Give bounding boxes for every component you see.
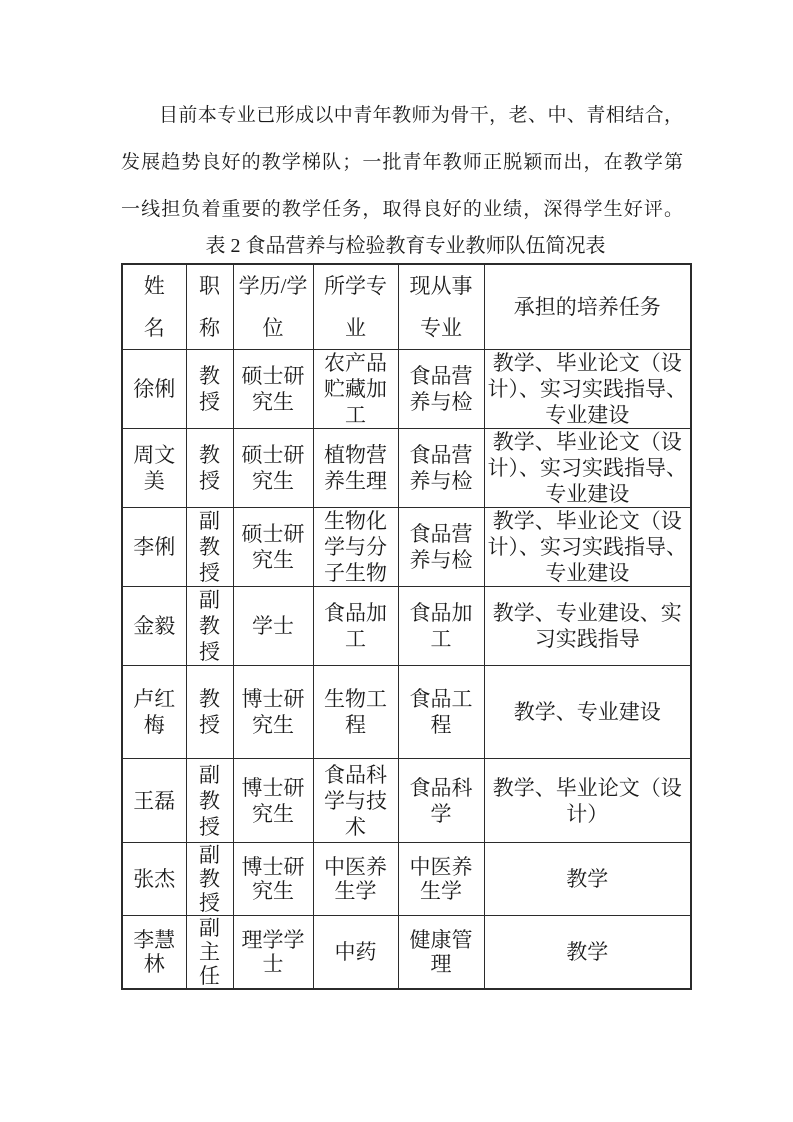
cell-major: 生物工程 [313,666,398,759]
cell-degree: 硕士研究生 [233,350,313,429]
cell-major: 生物化学与分子生物 [313,508,398,587]
table-row: 王磊 副教授 博士研究生 食品科学与技术 食品科学 教学、毕业论文（设计） [122,759,691,843]
cell-name: 徐俐 [122,350,186,429]
table-row: 金毅 副教授 学士 食品加工 食品加工 教学、专业建设、实习实践指导 [122,587,691,666]
cell-tasks: 教学、毕业论文（设计）、实习实践指导、专业建设 [484,508,691,587]
header-cell-degree: 学历/学 位 [233,264,313,350]
cell-name: 李俐 [122,508,186,587]
header-cell-major: 所学专 业 [313,264,398,350]
header-cell-current: 现从事 专业 [398,264,484,350]
cell-tasks: 教学 [484,843,691,916]
cell-tasks: 教学、毕业论文（设计）、实习实践指导、专业建设 [484,429,691,508]
cell-tasks: 教学、专业建设、实习实践指导 [484,587,691,666]
cell-degree: 博士研究生 [233,666,313,759]
cell-current: 中医养生学 [398,843,484,916]
table-caption: 表 2 食品营养与检验教育专业教师队伍简况表 [121,230,690,263]
cell-title: 副教授 [186,843,233,916]
cell-name: 王磊 [122,759,186,843]
table-row: 张杰 副教授 博士研究生 中医养生学 中医养生学 教学 [122,843,691,916]
header-cell-name: 姓 名 [122,264,186,350]
cell-title: 教授 [186,666,233,759]
cell-major: 农产品贮藏加工 [313,350,398,429]
cell-title: 副教授 [186,587,233,666]
cell-degree: 硕士研究生 [233,429,313,508]
table-row: 卢红梅 教授 博士研究生 生物工程 食品工程 教学、专业建设 [122,666,691,759]
cell-degree: 理学学士 [233,916,313,990]
cell-tasks: 教学 [484,916,691,990]
cell-major: 中医养生学 [313,843,398,916]
cell-tasks: 教学、毕业论文（设计） [484,759,691,843]
cell-current: 食品加工 [398,587,484,666]
header-cell-tasks: 承担的培养任务 [484,264,691,350]
cell-major: 食品科学与技术 [313,759,398,843]
cell-major: 食品加工 [313,587,398,666]
table-row: 徐俐 教授 硕士研究生 农产品贮藏加工 食品营养与检 教学、毕业论文（设计）、实… [122,350,691,429]
table-row: 周文美 教授 硕士研究生 植物营养生理 食品营养与检 教学、毕业论文（设计）、实… [122,429,691,508]
paragraph-line-2: 发展趋势良好的教学梯队；一批青年教师正脱颖而出，在教学第 [121,139,683,186]
cell-current: 健康管理 [398,916,484,990]
intro-paragraph: 目前本专业已形成以中青年教师为骨干，老、中、青相结合， 发展趋势良好的教学梯队；… [121,92,683,233]
cell-title: 副教授 [186,508,233,587]
cell-major: 植物营养生理 [313,429,398,508]
cell-name: 李慧林 [122,916,186,990]
cell-title: 教授 [186,350,233,429]
cell-name: 卢红梅 [122,666,186,759]
cell-name: 金毅 [122,587,186,666]
cell-degree: 硕士研究生 [233,508,313,587]
table-row: 李慧林 副主任 理学学士 中药 健康管理 教学 [122,916,691,990]
cell-current: 食品营养与检 [398,350,484,429]
teachers-table: 姓 名 职 称 学历/学 位 所学专 业 现从事 专业 承担的培养任务 徐俐 教… [121,263,692,990]
cell-major: 中药 [313,916,398,990]
cell-tasks: 教学、专业建设 [484,666,691,759]
cell-title: 教授 [186,429,233,508]
document-page: 目前本专业已形成以中青年教师为骨干，老、中、青相结合， 发展趋势良好的教学梯队；… [0,0,793,1122]
cell-current: 食品科学 [398,759,484,843]
cell-current: 食品工程 [398,666,484,759]
cell-degree: 学士 [233,587,313,666]
cell-degree: 博士研究生 [233,759,313,843]
header-cell-title: 职 称 [186,264,233,350]
paragraph-line-3: 一线担负着重要的教学任务，取得良好的业绩，深得学生好评。 [121,186,683,233]
cell-current: 食品营养与检 [398,429,484,508]
cell-title: 副教授 [186,759,233,843]
paragraph-line-1: 目前本专业已形成以中青年教师为骨干，老、中、青相结合， [121,92,683,139]
cell-name: 周文美 [122,429,186,508]
table-row: 李俐 副教授 硕士研究生 生物化学与分子生物 食品营养与检 教学、毕业论文（设计… [122,508,691,587]
cell-title: 副主任 [186,916,233,990]
cell-name: 张杰 [122,843,186,916]
cell-tasks: 教学、毕业论文（设计）、实习实践指导、专业建设 [484,350,691,429]
cell-degree: 博士研究生 [233,843,313,916]
cell-current: 食品营养与检 [398,508,484,587]
table-header-row: 姓 名 职 称 学历/学 位 所学专 业 现从事 专业 承担的培养任务 [122,264,691,350]
